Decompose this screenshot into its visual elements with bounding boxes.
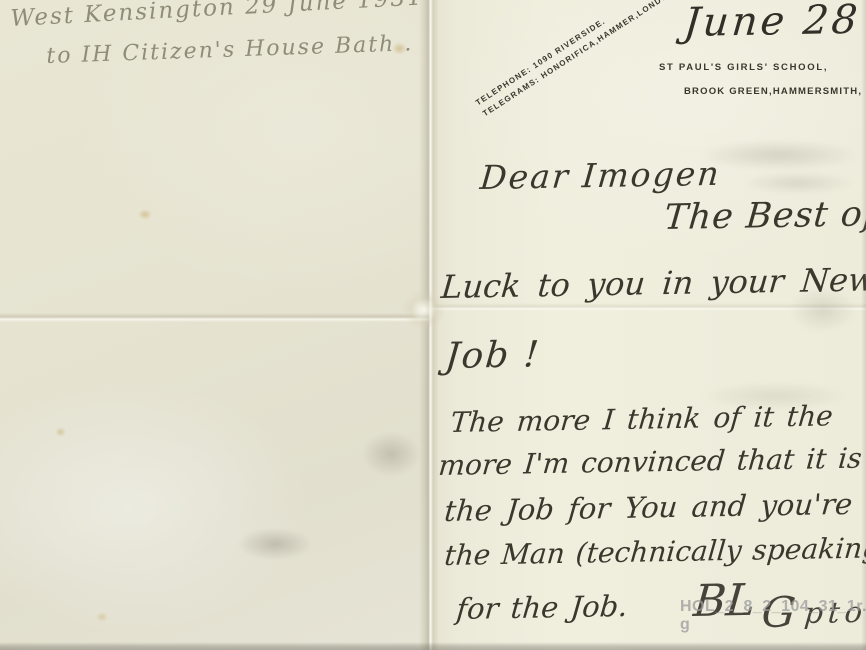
fold-intersection-crease	[402, 290, 446, 330]
foxing-spot	[55, 427, 66, 437]
ink-bleedthrough	[742, 172, 854, 194]
filename-watermark-line1: HOL_2_8_2_104_31_1r.jp	[680, 598, 866, 616]
page-left-blank: West Kensington 29 June 1931 to IH Citiz…	[0, 0, 429, 650]
body-line: The Best of	[662, 194, 866, 238]
pencil-annotation-line1: West Kensington 29 June 1931	[10, 0, 424, 32]
body-line: for the Job.	[455, 589, 629, 626]
smudge-stain	[362, 432, 420, 476]
letterhead-school-name: ST PAUL'S GIRLS' SCHOOL,	[659, 62, 828, 73]
salutation: Dear Imogen	[479, 154, 723, 197]
scan-bottom-edge	[0, 642, 866, 650]
letterhead-school-address: BROOK GREEN,HAMMERSMITH, W. 6.	[684, 86, 866, 97]
body-line: Job !	[443, 334, 542, 377]
letter-scan: West Kensington 29 June 1931 to IH Citiz…	[0, 0, 866, 650]
pencil-annotation-line2: to IH Citizen's House Bath .	[46, 31, 414, 69]
horizontal-fold-crease-left	[0, 313, 429, 322]
foxing-spot	[96, 612, 108, 622]
handwritten-date: June 28	[682, 0, 862, 46]
scan-right-edge	[861, 0, 866, 650]
foxing-spot	[138, 209, 152, 220]
body-line: Luck to you in your New	[440, 260, 866, 306]
filename-watermark-line2: g	[680, 616, 690, 634]
body-line: The more I think of it the	[449, 399, 834, 439]
smudge-stain	[238, 528, 312, 560]
body-line: the Job for You and you're	[443, 487, 854, 528]
